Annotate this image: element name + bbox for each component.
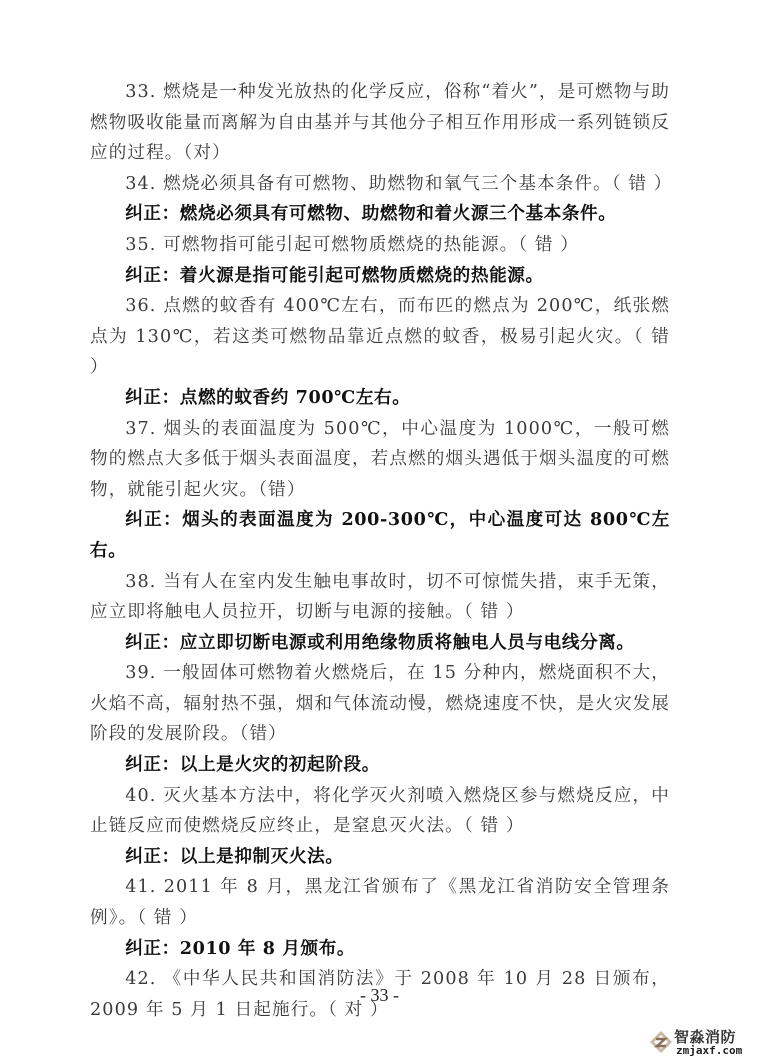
question-39: 39. 一般固体可燃物着火燃烧后，在 15 分种内，燃烧面积不大，火焰不高，辐射… [90,658,670,750]
correction-39: 纠正：以上是火灾的初起阶段。 [90,750,670,781]
question-40: 40. 灭火基本方法中，将化学灭火剂喷入燃烧区参与燃烧反应，中止链反应而使燃烧反… [90,781,670,842]
document-page: 33. 燃烧是一种发光放热的化学反应，俗称“着火”，是可燃物与助燃物吸收能量而离… [90,77,670,1025]
question-38: 38. 当有人在室内发生触电事故时，切不可惊慌失措，束手无策，应立即将触电人员拉… [90,567,670,628]
question-33: 33. 燃烧是一种发光放热的化学反应，俗称“着火”，是可燃物与助燃物吸收能量而离… [90,77,670,169]
correction-35: 纠正：着火源是指可能引起可燃物质燃烧的热能源。 [90,261,670,292]
correction-37: 纠正：烟头的表面温度为 200-300℃，中心温度可达 800℃左右。 [90,505,670,566]
watermark: 智淼消防 zmjaxf.com [648,1024,758,1060]
brand-logo-icon [648,1029,674,1055]
question-41: 41. 2011 年 8 月，黑龙江省颁布了《黑龙江省消防安全管理条例》。（ 错… [90,872,670,933]
question-34: 34. 燃烧必须具备有可燃物、助燃物和氧气三个基本条件。（ 错 ） [90,169,670,200]
correction-40: 纠正：以上是抑制灭火法。 [90,842,670,873]
correction-38: 纠正：应立即切断电源或利用绝缘物质将触电人员与电线分离。 [90,628,670,659]
watermark-url: zmjaxf.com [676,1044,742,1057]
correction-41: 纠正：2010 年 8 月颁布。 [90,934,670,965]
question-37: 37. 烟头的表面温度为 500℃，中心温度为 1000℃，一般可燃物的燃点大多… [90,414,670,506]
correction-34: 纠正：燃烧必须具有可燃物、助燃物和着火源三个基本条件。 [90,199,670,230]
page-number: - 33 - [0,985,759,1006]
question-35: 35. 可燃物指可能引起可燃物质燃烧的热能源。（ 错 ） [90,230,670,261]
correction-36: 纠正：点燃的蚊香约 700℃左右。 [90,383,670,414]
question-36: 36. 点燃的蚊香有 400℃左右，而布匹的燃点为 200℃，纸张燃点为 130… [90,291,670,383]
